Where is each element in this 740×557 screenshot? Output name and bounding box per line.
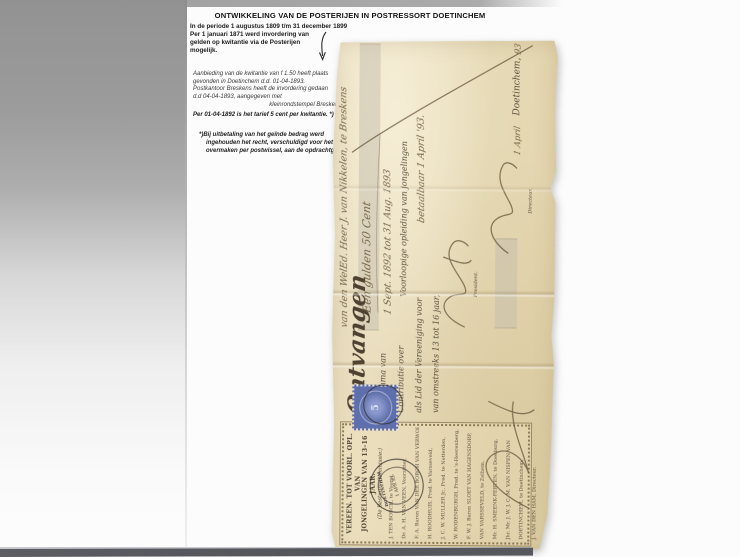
intro-line: Per 1 januari 1871 werd invordering van [190, 31, 375, 39]
exhibit-photo: ONTWIKKELING VAN DE POSTERIJEN IN POSTRE… [0, 0, 740, 557]
footnote-line: ingehouden het recht, verschuldigd voor … [199, 139, 351, 147]
photo-background-top [186, 0, 562, 7]
album-page-left-edge [185, 0, 187, 550]
kwitantie-document: VEREEN. TOT VOORL. OPL. VANJONGELINGEN V… [329, 39, 558, 554]
annotation-line: Postkantoor Breskens heeft de invorderin… [193, 86, 345, 94]
intro-line: In de periode 1 augustus 1809 t/m 31 dec… [190, 23, 375, 31]
annotation-line: gevonden in Doetinchem d.d. 01-04-1893. [193, 79, 345, 87]
footnote-block: *)Bij uitbetaling van het geïnde bedrag … [199, 131, 351, 155]
annotation-line: Aanbieding van de kwitantie van f 1.50 h… [193, 71, 345, 79]
footnote-line: overmaken per postwissel, aan de opdrach… [199, 147, 351, 155]
photo-background-left [0, 0, 186, 557]
page-title: ONTWIKKELING VAN DE POSTERIJEN IN POSTRE… [160, 11, 540, 20]
photo-background-bottom [0, 548, 533, 557]
annotation-block: Aanbieding van de kwitantie van f 1.50 h… [193, 71, 345, 120]
annotation-line: d.d 04-04-1893, aangegeven met [193, 94, 345, 102]
annotation-lines: Aanbieding van de kwitantie van f 1.50 h… [193, 71, 345, 110]
footnote-line: *)Bij uitbetaling van het geïnde bedrag … [199, 131, 351, 139]
kwitantie-paper: VEREEN. TOT VOORL. OPL. VANJONGELINGEN V… [329, 39, 558, 554]
tariff-note: Per 01-04-1892 is het tarief 5 cent per … [193, 112, 345, 120]
annotation-line: kleinrondstempel Breskens. [193, 102, 345, 110]
